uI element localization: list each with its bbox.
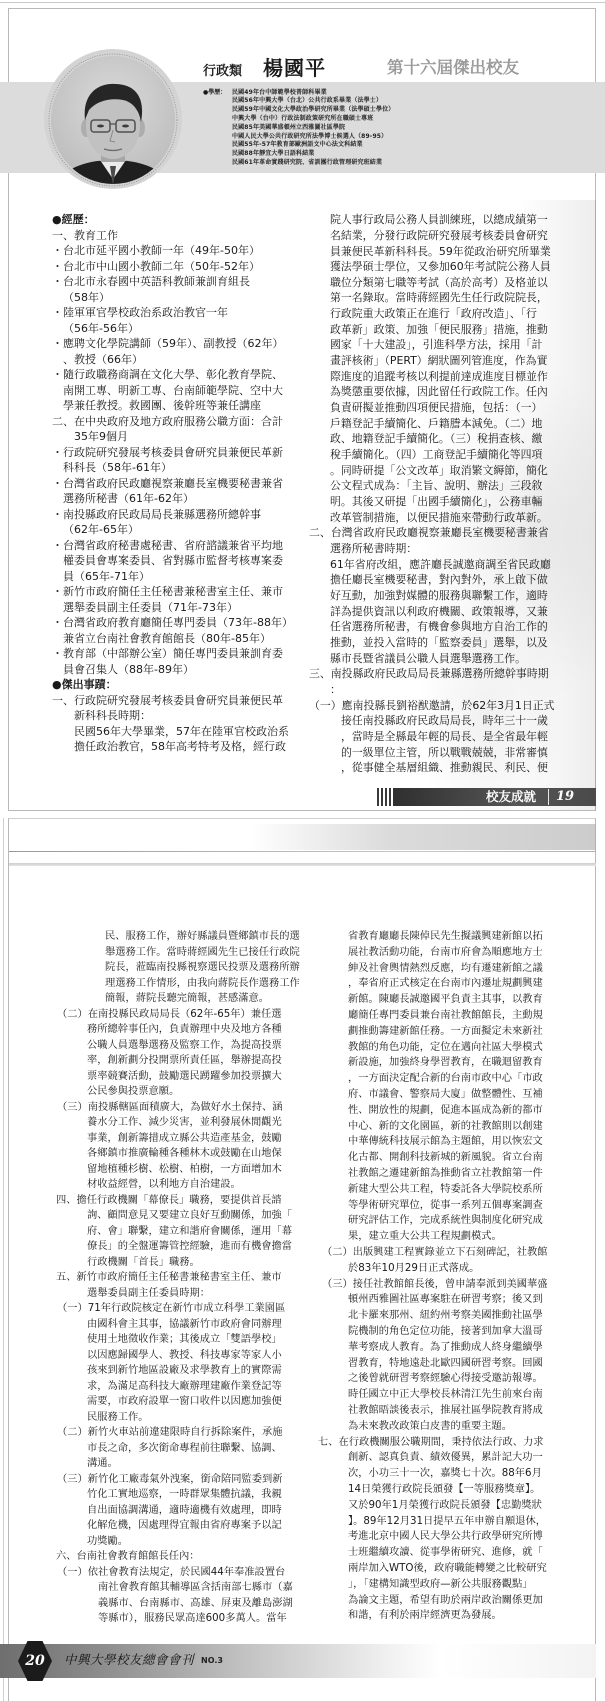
text-line: 功獎勵。 xyxy=(56,1534,300,1550)
text-line: 國家「十大建設」，引進科學方法，採用「計 xyxy=(309,337,555,353)
text-line: 詢、顧問意見又要建立良好互動關係，加強「 xyxy=(56,1208,300,1224)
header-rule xyxy=(9,851,596,852)
text-line: 接任南投縣政府民政局局長，時年三十一歲 xyxy=(309,713,555,729)
alumnus-name: 楊國平 xyxy=(263,52,326,81)
text-line: 14日榮獲行政院長頒發【一等服務獎章】。 xyxy=(318,1482,548,1498)
text-line: 院人事行政局公務人員訓練班，以總成績第一 xyxy=(309,212,555,228)
text-line: ・台灣省政府民政廳視察兼廳長室機要秘書兼省 xyxy=(52,476,293,492)
text-line: 負責研擬並推動四項便民措施，包括：（一） xyxy=(309,400,555,416)
text-line: 院機制的角色定位功能，接著到加拿大溫哥 xyxy=(318,1324,548,1340)
section-name: 校友成就 xyxy=(486,789,536,805)
text-line: 民服務工作。 xyxy=(56,1410,300,1426)
text-line: ・台北市永春國中英語科教師兼訓育組長 xyxy=(52,274,293,290)
text-line: 詳為提供資訊以利政府機關、政策報導，又兼 xyxy=(309,604,555,620)
text-line: ・應聘文化學院講師（59年）、副教授（62年） xyxy=(52,336,293,352)
text-line: 、教授（66年） xyxy=(52,352,293,368)
text-line: （62年-65年） xyxy=(52,522,293,538)
text-line: ： xyxy=(309,682,555,698)
text-line: 兼省立台南社會教育館館長（80年-85年） xyxy=(52,631,293,647)
education-item: 民國61年革命實踐研究院、省訓團行政管理研究班結業 xyxy=(232,159,394,168)
text-line: 行政機關「首長」職務。 xyxy=(56,1255,300,1271)
text-line: 北卡羅來那州、紐約州考察美國推動社區學 xyxy=(318,1308,548,1324)
text-line: 展社教活動功能，台南市府會為順應地方士 xyxy=(318,945,548,961)
text-line: 竹化工實地巡察，一時群眾集體抗議，我親 xyxy=(56,1487,300,1503)
profile-title: 行政類 楊國平 xyxy=(203,52,326,81)
education-item: 民國55年-57年教育部歐洲語文中心法文科結業 xyxy=(232,141,394,150)
publication-title: 中興大學校友總會會刊 xyxy=(64,1651,194,1669)
text-line: ，一方面決定配合新的台南市政中心「市政 xyxy=(318,1071,548,1087)
text-line: 公文程式成為：「主旨、說明、辦法」三段敘 xyxy=(309,478,555,494)
education-item: 民國59年中國文化大學政治學研究所畢業（法學碩士學位） xyxy=(232,106,394,115)
text-line: 民國56年大學畢業，57年在陸軍官校政治系 xyxy=(52,724,293,740)
text-line: 省教育廳廳長陳倬民先生擬議興建新館以拓 xyxy=(318,929,548,945)
text-line: 新建大型公共工程，特委託各大學院校系所 xyxy=(318,1182,548,1198)
text-line: 材收益經營，以利地方自治建設。 xyxy=(56,1177,300,1193)
text-line: 員會召集人（88年-89年） xyxy=(52,662,293,678)
page-number: 20 xyxy=(25,1653,44,1669)
text-line: 好互動，加強對媒體的服務與聯繫工作，適時 xyxy=(309,588,555,604)
text-line: 獲法學碩士學位，又參加60年考試院公務人員 xyxy=(309,259,555,275)
text-line: 各鄉鎮市推廣輪種各種林木或鼓勵在山地保 xyxy=(56,1146,300,1162)
text-line: （三）接任社教館館長後，曾申請奉派到美國華盛 xyxy=(318,1277,548,1293)
text-line: 僚長」的全盤運籌管控經驗，進而有機會擔當 xyxy=(56,1239,300,1255)
text-line: 行政院重大政策正在進行「政府改造」、「行 xyxy=(309,306,555,322)
text-line: 之後曾就研習考察經驗心得接受邀訪報導。 xyxy=(318,1371,548,1387)
header-rule xyxy=(9,863,596,866)
footer-divider xyxy=(548,789,549,805)
text-line: 為獎懲重要依據，因此留任行政院工作。任內 xyxy=(309,384,555,400)
text-line: 一、行政院研究發展考核委員會研究員兼便民革 xyxy=(52,693,293,709)
text-line: 一、教育工作 xyxy=(52,228,293,244)
text-line: 七、在行政機關服公職期間，秉持依法行政、力求 xyxy=(318,1435,548,1451)
page-19-right-column: 院人事行政局公務人員訓練班，以總成績第一名結業，分發行政院研究發展考核委員會研究… xyxy=(309,212,555,776)
text-line: 票率競賽活動，鼓勵選民踴躍參加投票擴大 xyxy=(56,1069,300,1085)
text-line: ・陸軍軍官學校政治系政治教官一年 xyxy=(52,305,293,321)
text-line: 自出面協調溝通，適時適機有效處理，即時 xyxy=(56,1503,300,1519)
text-line: 孩來到新竹地區設廠及求學教育上的實際需 xyxy=(56,1363,300,1379)
text-line: 改革管制措施，以便民措施來帶動行政革新。 xyxy=(309,510,555,526)
text-line: 中心、新的文化園區，新的社教館則以創建 xyxy=(318,1119,548,1135)
text-line: 考進北京中國人民大學公共行政學研究所博 xyxy=(318,1529,548,1545)
text-line: ・南投縣政府民政局局長兼縣選務所總幹事 xyxy=(52,507,293,523)
text-line: 學兼任教授。救國團、後幹班等兼任講座 xyxy=(52,398,293,414)
text-line: 職位分類第七職等考試（高於高考）及格並以 xyxy=(309,275,555,291)
text-line: 市長之命，多次銜命專程前往聯繫、協調、 xyxy=(56,1441,300,1457)
page-number: 19 xyxy=(556,788,574,806)
text-line: （一）71年行政院核定在新竹市成立科學工業園區 xyxy=(56,1301,300,1317)
text-line: 和諧，有利於兩岸經濟更為發展。 xyxy=(318,1608,548,1624)
text-line: 研究評估工作，完成系統性與制度化研究成 xyxy=(318,1213,548,1229)
text-line: 員（65年-71年） xyxy=(52,569,293,585)
text-line: 為論文主題，希望有助於兩岸政治關係更加 xyxy=(318,1593,548,1609)
text-line: 第一名錄取。當時蔣經國先生任行政院院長， xyxy=(309,290,555,306)
text-line: ●傑出事蹟： xyxy=(52,677,293,693)
text-line: 求，為滿足高科技大廠辦理建廠作業登記等 xyxy=(56,1379,300,1395)
text-line: 府、會」聯繫，建立和諧府會關係，運用「幕 xyxy=(56,1224,300,1240)
text-line: 務所總幹事任內，負責辦理中央及地方各種 xyxy=(56,1022,300,1038)
text-line: 二、在中央政府及地方政府服務公職方面：合計 xyxy=(52,414,293,430)
text-line: ・教育部（中部辦公室）簡任專門委員兼訓育委 xyxy=(52,646,293,662)
footer-stripe-decoration xyxy=(385,788,387,806)
text-line: 戶籍登記手續簡化、戶籍謄本減免。（二）地 xyxy=(309,416,555,432)
text-line: ・台北市延平國小教師一年（49年-50年） xyxy=(52,243,293,259)
text-line: 事業，創新籌措成立縣公共造產基金，鼓勵 xyxy=(56,1131,300,1147)
text-line: 政、地籍登記手續簡化。（三）稅捐查核、繳 xyxy=(309,431,555,447)
text-line: 養水分工作、減少災害，並利發展休閒觀光 xyxy=(56,1115,300,1131)
text-line: 縣市長暨省議員公職人員選舉選務工作。 xyxy=(309,651,555,667)
text-line: 由國科會主其事，協議新竹市政府會同辦理 xyxy=(56,1317,300,1333)
text-line: 新館。陳廳長誠邀國平負責主其事，以教育 xyxy=(318,992,548,1008)
text-line: 創新、認真負責、績效優異，累計記大功一 xyxy=(318,1450,548,1466)
portrait-image-icon xyxy=(43,48,183,190)
text-line: 擔任政治教官，58年高考特考及格，經行政 xyxy=(52,739,293,755)
portrait-photo xyxy=(43,48,183,190)
text-line: 權委員會專案委員、省對縣市監督考核專案委 xyxy=(52,553,293,569)
text-line: 使用土地徵收作業；其後成立「雙語學校」 xyxy=(56,1332,300,1348)
text-line: 南開工專、明新工專、台南師範學院、空中大 xyxy=(52,383,293,399)
text-line: 需要，市政府設單一窗口收件以因應加強便 xyxy=(56,1394,300,1410)
page-20-outer-rule xyxy=(3,818,4,1701)
text-line: 社教館之遷建新館為推動省立社教館第一件 xyxy=(318,1166,548,1182)
text-line: 名結業，分發行政院研究發展考核委員會研究 xyxy=(309,228,555,244)
text-line: 的一級單位主管，所以戰戰兢兢，非常審慎 xyxy=(309,745,555,761)
text-line: ・行政院研究發展考核委員會研究員兼便民革新 xyxy=(52,445,293,461)
text-line: 畫評核術」（PERT）網狀圖列管進度，作為實 xyxy=(309,353,555,369)
text-line: 等學術研究單位，從事一系列五個專案調查 xyxy=(318,1198,548,1214)
text-line: ●經歷： xyxy=(52,212,293,228)
text-line: 劃推動籌建新館任務。一方面擬定未來新社 xyxy=(318,1024,548,1040)
footer-stripe-decoration xyxy=(389,788,391,806)
text-line: ・台灣省政府秘書處秘書、省府諮議兼省平均地 xyxy=(52,538,293,554)
text-line: （58年） xyxy=(52,290,293,306)
text-line: 又於90年1月榮獲行政院長頒發【忠勤獎狀 xyxy=(318,1498,548,1514)
text-line: 率，創新劃分投開票所責任區，舉辦提高投 xyxy=(56,1053,300,1069)
text-line: （一）依社會教育法規定，於民國44年奉准設置台 xyxy=(56,1565,300,1581)
text-line: 兩岸加入WTO後，政府職能轉變之比較研究 xyxy=(318,1561,548,1577)
text-line: 溝通。 xyxy=(56,1456,300,1472)
text-line: 員兼便民革新科科長。59年從政治研究所畢業 xyxy=(309,244,555,260)
text-line: 舉選務工作。當時蔣經國先生已接任行政院 xyxy=(56,945,300,961)
text-line: 新科科長時期： xyxy=(52,708,293,724)
footer-stripe-decoration xyxy=(377,788,379,806)
page-19-left-column: ●經歷：一、教育工作・台北市延平國小教師一年（49年-50年）・台北市中山國小教… xyxy=(52,212,293,755)
text-line: 明。其後又研提「出國手續簡化」，公務車輛 xyxy=(309,494,555,510)
text-line: 中華傳統科技展示館為主題館，用以恢宏文 xyxy=(318,1134,548,1150)
text-line: 等縣市），服務民眾高達600多萬人。當年 xyxy=(56,1611,300,1627)
text-line: 為未來教改政策白皮書的重要主題。 xyxy=(318,1419,548,1435)
text-line: 化古都、開創科技新城的新風貌。省立台南 xyxy=(318,1150,548,1166)
text-line: ・新竹市政府簡任主任秘書兼秘書室主任、兼市 xyxy=(52,584,293,600)
text-line: 以因應歸國學人、教授、科技專家等家人小 xyxy=(56,1348,300,1364)
text-line: 選務所秘書（61年-62年） xyxy=(52,491,293,507)
text-line: ，奉省府正式核定在台南市內遷址規劃興建 xyxy=(318,976,548,992)
text-line: ，從事健全基層組織、推動親民、利民、便 xyxy=(309,760,555,776)
text-line: 院長，蒞臨南投縣視察選民投票及選務所辦 xyxy=(56,960,300,976)
text-line: 公民參與投票意願。 xyxy=(56,1084,300,1100)
education-item: 民國88年靜宜大學日語科結業 xyxy=(232,150,394,159)
text-line: （56年-56年） xyxy=(52,321,293,337)
text-line: 61年省府改組，應許廳長誠邀商調至省民政廳 xyxy=(309,557,555,573)
text-line: ・隨行政職務商調在文化大學、彰化教育學院、 xyxy=(52,367,293,383)
text-line: 選舉委員副主任委員（71年-73年） xyxy=(52,600,293,616)
text-line: 華考察成人教育。為了推動成人終身繼續學 xyxy=(318,1340,548,1356)
text-line: 選舉委員副主任委員時期： xyxy=(56,1286,300,1302)
text-line: 科科長（58年-61年） xyxy=(52,460,293,476)
text-line: 政革新」政策、加強「便民服務」措施，推動 xyxy=(309,322,555,338)
text-line: 簡報，蔣院長聽完簡報，甚感滿意。 xyxy=(56,991,300,1007)
text-line: （一）應南投縣長劉裕猷邀請，於62年3月1日正式 xyxy=(309,698,555,714)
page-20-right-column: 省教育廳廳長陳倬民先生擬議興建新館以拓展社教活動功能，台南市府會為順應地方士紳及… xyxy=(318,929,548,1624)
text-line: 南社會教育館其輔導區含括南部七縣市（嘉 xyxy=(56,1580,300,1596)
text-line: 義縣市、台南縣市、高雄、屏東及離島澎湖 xyxy=(56,1596,300,1612)
text-line: 推動，並投入當時的「監察委員」選舉，以及 xyxy=(309,635,555,651)
header-photo-strip xyxy=(250,824,596,850)
text-line: 時任國立中正大學校長林清江先生前來台南 xyxy=(318,1387,548,1403)
text-line: 二、台灣省政府民政廳視察兼廳長室機要秘書兼省 xyxy=(309,525,555,541)
text-line: 際進度的追蹤考核以利提前達成進度目標並作 xyxy=(309,369,555,385)
text-line: 公職人員選舉選務及監察工作，為提高投票 xyxy=(56,1038,300,1054)
education-list: 民國49年台中師範學校普師科畢業民國56年中興大學（台北）公共行政系畢業（法學士… xyxy=(232,89,394,168)
text-line: 稅手續簡化。（四）工商登記手續簡化等四項 xyxy=(309,447,555,463)
text-line: 任省選務所秘書，有機會參與地方自治工作的 xyxy=(309,619,555,635)
text-line: 紳及社會輿情熱烈反應，均有遷建新館之議 xyxy=(318,961,548,977)
text-line: ・台北市中山國小教師二年（50年-52年） xyxy=(52,259,293,275)
text-line: 於83年10月29日正式落成。 xyxy=(318,1261,548,1277)
text-line: 。同時研提「公文改革」取消繁文縟節，簡化 xyxy=(309,463,555,479)
text-line: 社教館晤談後表示，推展社區學院教育將成 xyxy=(318,1403,548,1419)
text-line: 次，小功三十一次，嘉獎七十次。88年6月 xyxy=(318,1466,548,1482)
text-line: ，當時是全縣最年輕的局長、是全省最年輕 xyxy=(309,729,555,745)
text-line: 六、台南社會教育館館長任內： xyxy=(56,1549,300,1565)
text-line: （二）出版興建工程實錄並立下石刻碑記，社教館 xyxy=(318,1245,548,1261)
text-line: 留地植種杉樹、松樹、柏樹，一方面增加木 xyxy=(56,1162,300,1178)
text-line: 35年9個月 xyxy=(52,429,293,445)
text-line: 】。89年12月31日提早五年申辦自願退休， xyxy=(318,1514,548,1530)
text-line: 頓州西雅圖社區專案駐在研習考察；後又到 xyxy=(318,1292,548,1308)
text-line: ・台灣省政府教育廳簡任專門委員（73年-88年） xyxy=(52,615,293,631)
text-line: （三）南投縣轄區面積廣大，為做好水土保持、涵 xyxy=(56,1100,300,1116)
text-line: 擔任廳長室機要秘書，對內對外，承上啟下做 xyxy=(309,572,555,588)
text-line: 五、新竹市政府簡任主任秘書兼秘書室主任、兼市 xyxy=(56,1270,300,1286)
text-line: 習教育，特地遠赴北歐四國研習考察。回國 xyxy=(318,1356,548,1372)
top-rule xyxy=(0,2,605,3)
text-line: 教館的角色功能，定位在邁向社區大學模式 xyxy=(318,1040,548,1056)
text-line: （二）新竹火車站前違建限時自行拆除案件，承施 xyxy=(56,1425,300,1441)
education-item: 中興大學（台中）行政法制政策研究所在職碩士專班 xyxy=(232,115,394,124)
text-line: 化解危機，因處理得宜報由省府專案予以記 xyxy=(56,1518,300,1534)
text-line: （三）新竹化工廠毒氣外洩案，銜命陪同監委到新 xyxy=(56,1472,300,1488)
text-line: 」，「建構知識型政府—新公共服務觀點」 xyxy=(318,1577,548,1593)
education-item: 民國85年美國華盛頓州立西雅圖社區學院 xyxy=(232,124,394,133)
text-line: 理選務工作情形，由我向蔣院長作選務工作 xyxy=(56,976,300,992)
issue-number: NO.3 xyxy=(201,1656,223,1666)
text-line: 四、擔任行政機關「幕僚長」職務，要提供首長諮 xyxy=(56,1193,300,1209)
text-line: （二）在南投縣民政局局長（62年-65年）兼任選 xyxy=(56,1007,300,1023)
page-20-left-column: 民、服務工作，辦好縣議員暨鄉鎮市長的選舉選務工作。當時蔣經國先生已接任行政院院長… xyxy=(56,929,300,1627)
text-line: 士班繼續攻讀、從事學術研究、進修，就「 xyxy=(318,1545,548,1561)
text-line: 三、南投縣政府民政局局長兼縣選務所總幹事時期 xyxy=(309,666,555,682)
education-label: ●學歷： xyxy=(203,89,226,98)
award-title: 第十六屆傑出校友 xyxy=(387,54,519,78)
category-label: 行政類 xyxy=(203,60,242,79)
footer-stripe-decoration xyxy=(381,788,383,806)
text-line: 民、服務工作，辦好縣議員暨鄉鎮市長的選 xyxy=(56,929,300,945)
education-item: 民國56年中興大學（台北）公共行政系畢業（法學士） xyxy=(232,97,394,106)
text-line: 府、市議會、警察局大廈」做整體性、互補 xyxy=(318,1087,548,1103)
text-line: 性、開放性的規劃，促進本區成為新的都市 xyxy=(318,1103,548,1119)
text-line: 果，建立重大公共工程規劃模式。 xyxy=(318,1229,548,1245)
text-line: 廳簡任專門委員兼台南社教館館長，主動規 xyxy=(318,1008,548,1024)
text-line: 新設施，加強終身學習教育，在職迴留教育 xyxy=(318,1055,548,1071)
text-line: 選務所秘書時期： xyxy=(309,541,555,557)
